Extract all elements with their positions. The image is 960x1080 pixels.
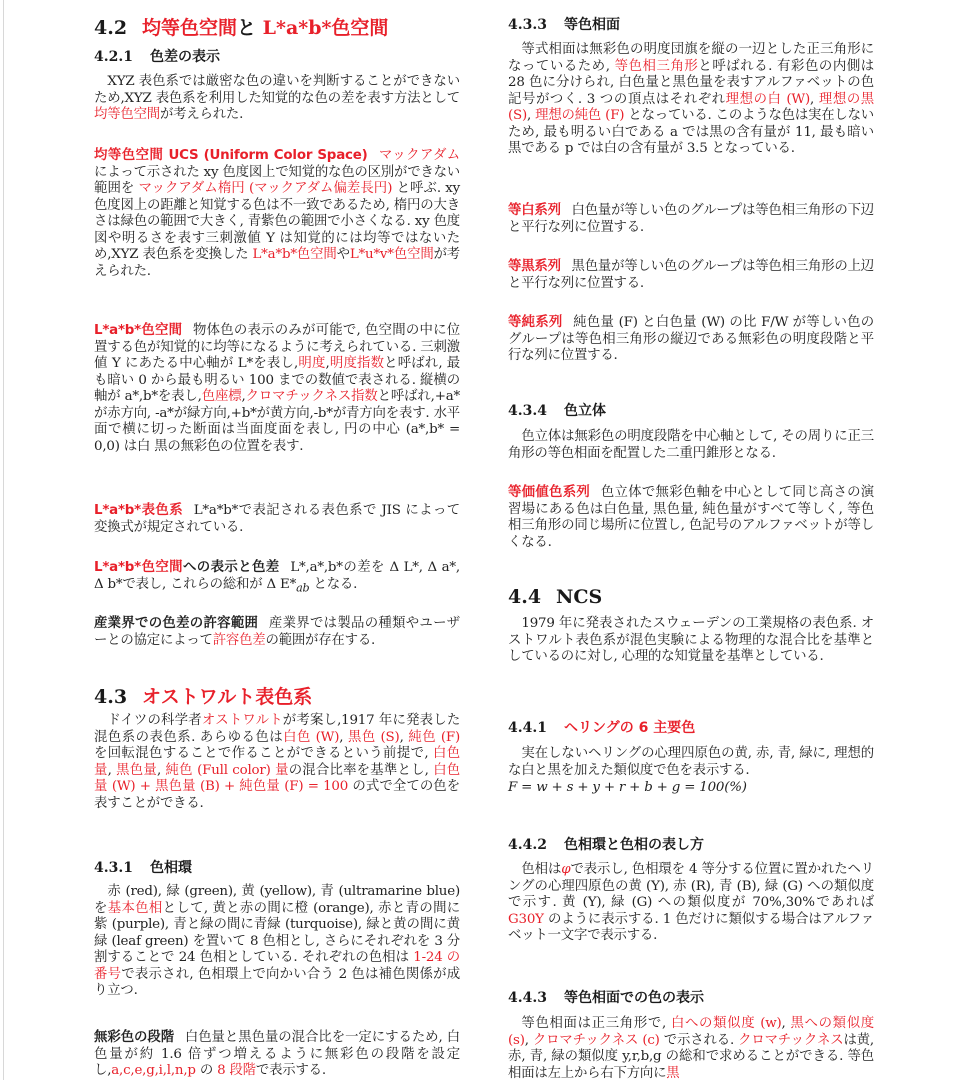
link-equal-hue-triangle[interactable]: 等色相三角形 (615, 59, 699, 74)
paragraph-hue-notation: 色相はφで表示し, 色相環を 4 等分する位置に置かれたヘリングの心理四原色の黄… (508, 862, 874, 945)
term-display-and-difference: への表示と色差 (183, 560, 280, 575)
subsection-number: 4.4.3 (508, 990, 564, 1006)
page-edge-line (3, 0, 4, 1080)
subsection-4-3-1-heading: 4.3.1色相環 (94, 857, 460, 877)
term-tolerance: 産業界での色差の許容範囲 (94, 616, 258, 631)
link-hering-six-colors[interactable]: ヘリングの 6 主要色 (564, 720, 695, 736)
term-achromatic-steps: 無彩色の段階 (94, 1030, 174, 1045)
link-ostwald-system[interactable]: オストワルト表色系 (142, 686, 312, 708)
paragraph-lab-space: L*a*b*色空間物体色の表示のみが可能で, 色空間の中に位置する色が知覚的に均… (94, 323, 460, 455)
paragraph-hue-circle: 赤 (red), 緑 (green), 黄 (yellow), 青 (ultra… (94, 884, 460, 1000)
text: で示される. (660, 1033, 738, 1048)
text: , (527, 108, 535, 123)
link-full-color[interactable]: 純色 (F) (408, 730, 460, 745)
term-isotone: 等黒系列 (508, 259, 561, 274)
text: 色相は (521, 862, 561, 877)
link-lab-color-space[interactable]: L*a*b*色空間 (252, 247, 336, 262)
subsection-number: 4.4.2 (508, 837, 564, 853)
term-lab-space: L*a*b*色空間 (94, 323, 182, 338)
term-isovalent: 等価値色系列 (508, 485, 590, 500)
section-4-3-heading: 4.3オストワルト表色系 (94, 682, 460, 709)
subsection-4-4-1-heading: 4.4.1ヘリングの 6 主要色 (508, 717, 874, 737)
link-ostwald[interactable]: オストワルト (202, 713, 283, 728)
text: 白色量が等しい色のグループは等色相三角形の下辺と平行な列に位置する. (508, 203, 874, 235)
text: となる. (309, 577, 357, 592)
text: の (196, 1063, 217, 1078)
text: 等色相面は正三角形で, (521, 1016, 671, 1031)
text: や (337, 247, 350, 262)
term-isotint: 等白系列 (508, 203, 561, 218)
paragraph-hering: 実在しないヘリングの心理四原色の黄, 赤, 青, 緑に, 理想的な白と黒を加えた… (508, 746, 874, 779)
link-ideal-full-color[interactable]: 理想の純色 (F) (535, 108, 624, 123)
link-lab-color-space[interactable]: L*a*b*色空間 (94, 560, 183, 575)
link-uniform-color-space[interactable]: 均等色空間 (94, 107, 160, 122)
text: , (108, 763, 117, 778)
text: を回転混色することで作ることができるという前提で, (94, 746, 433, 761)
subsection-4-3-3-heading: 4.3.3等色相面 (508, 14, 874, 34)
link-uniform-color-space[interactable]: 均等色空間 (142, 17, 237, 39)
link-color-tolerance[interactable]: 許容色差 (213, 633, 266, 648)
paragraph-isovalent: 等価値色系列色立体で無彩色軸を中心として同じ高さの演習場にある色は白色量, 黒色… (508, 485, 874, 551)
subsection-number: 4.4.1 (508, 720, 564, 736)
paragraph-color-solid: 色立体は無彩色の明度段階を中心軸として, その周りに正三角形の等色相面を配置した… (508, 429, 874, 462)
text: , (525, 1033, 533, 1048)
text: 1979 年に発表されたスウェーデンの工業規格の表色系. オストワルト表色系が混… (508, 616, 874, 664)
subsection-number: 4.3.1 (94, 860, 150, 876)
link-lightness-index[interactable]: 明度指数 (330, 356, 385, 371)
link-step-letters[interactable]: a,c,e,g,i,l,n,p (111, 1063, 196, 1078)
section-number: 4.2 (94, 17, 142, 39)
subsection-title: 等色相面 (564, 17, 620, 33)
section-4-2-heading: 4.2均等色空間と L*a*b*色空間 (94, 13, 460, 40)
link-ideal-white[interactable]: 理想の白 (W) (726, 92, 810, 107)
link-g30y-example[interactable]: G30Y (508, 912, 544, 927)
paragraph-isotint: 等白系列白色量が等しい色のグループは等色相三角形の下辺と平行な列に位置する. (508, 203, 874, 236)
text: 黒色量が等しい色のグループは等色相三角形の上辺と平行な列に位置する. (508, 259, 874, 291)
link-full-color-amount[interactable]: 純色 (Full color) 量 (165, 763, 288, 778)
paragraph-achromatic-steps: 無彩色の段階白色量と黒色量の混合比を一定にするため, 白色量が約 1.6 倍ずつ… (94, 1030, 460, 1080)
subsection-4-3-4-heading: 4.3.4色立体 (508, 400, 874, 420)
term-ucs: 均等色空間 UCS (Uniform Color Space) (94, 148, 368, 163)
link-black-term[interactable]: 黒 (666, 1066, 679, 1080)
paragraph-color-difference: L*a*b*色空間への表示と色差L*,a*,b*の差を Δ L*, Δ a*, … (94, 560, 460, 597)
paragraph-tolerance: 産業界での色差の許容範囲産業界では製品の種類やユーザーとの協定によって許容色差の… (94, 616, 460, 649)
subsection-4-2-1-heading: 4.2.1色差の表示 (94, 46, 460, 66)
link-macadam[interactable]: マックアダム (378, 148, 460, 163)
text: 色立体は無彩色の明度段階を中心軸として, その周りに正三角形の等色相面を配置した… (508, 429, 874, 461)
link-chromaticness-term[interactable]: クロマチックネス (738, 1033, 843, 1048)
link-color-coordinate[interactable]: 色座標 (202, 389, 242, 404)
formula-ncs: F = w + s + y + r + b + g = 100(%) (508, 780, 874, 797)
subsection-4-4-3-heading: 4.4.3等色相面での色の表示 (508, 987, 874, 1007)
text: , (810, 92, 819, 107)
text: の範囲が存在する. (265, 633, 375, 648)
subscript: ab (296, 581, 309, 594)
term-isochrome: 等純系列 (508, 315, 563, 330)
link-whiteness[interactable]: 白への類似度 (w) (671, 1016, 782, 1031)
link-lightness[interactable]: 明度 (298, 356, 325, 371)
subsection-title: 色相環 (150, 860, 192, 876)
subsection-title: 等色相面での色の表示 (564, 990, 704, 1006)
paragraph-ostwald: ドイツの科学者オストワルトが考案し,1917 年に発表した混色系の表色系. あら… (94, 713, 460, 812)
link-black-amount[interactable]: 黒色量 (116, 763, 157, 778)
link-macadam-ellipse[interactable]: マックアダム楕円 (マックアダム偏差長円) (139, 181, 393, 196)
paragraph-ucs: 均等色空間 UCS (Uniform Color Space)マックアダムによっ… (94, 148, 460, 280)
text: , (782, 1016, 791, 1031)
section-number: 4.4 (508, 586, 556, 608)
subsection-title: 色差の表示 (150, 49, 220, 65)
subsection-4-4-2-heading: 4.4.2色相環と色相の表し方 (508, 834, 874, 854)
section-title: NCS (556, 586, 602, 608)
link-chromaticness-index[interactable]: クロマチックネス指数 (246, 389, 378, 404)
subsection-number: 4.3.4 (508, 403, 564, 419)
subsection-title: 色立体 (564, 403, 606, 419)
link-basic-hue[interactable]: 基本色相 (108, 901, 163, 916)
text: が考えられた. (160, 107, 243, 122)
subsection-number: 4.3.3 (508, 17, 564, 33)
paragraph-lab-system: L*a*b*表色系L*a*b*で表記される表色系で JIS によって変換式が規定… (94, 503, 460, 536)
paragraph-isotone: 等黒系列黒色量が等しい色のグループは等色相三角形の上辺と平行な列に位置する. (508, 259, 874, 292)
text: 実在しないヘリングの心理四原色の黄, 赤, 青, 緑に, 理想的な白と黒を加えた… (508, 746, 874, 778)
link-white[interactable]: 白色 (W) (283, 730, 339, 745)
paragraph-isochrome: 等純系列純色量 (F) と白色量 (W) の比 F/W が等しい色のグループは等… (508, 315, 874, 365)
text: の混合比率を基準とし, (289, 763, 434, 778)
subsection-title: 色相環と色相の表し方 (564, 837, 704, 853)
subsection-number: 4.2.1 (94, 49, 150, 65)
paragraph-xyz: XYZ 表色系では厳密な色の違いを判断することができないため,XYZ 表色系を利… (94, 74, 460, 124)
text: で表示する. (256, 1063, 326, 1078)
section-number: 4.3 (94, 686, 142, 708)
link-lab-color-space[interactable]: L*a*b*色空間 (263, 17, 389, 39)
paragraph-equal-hue-plane: 等式相面は無彩色の明度団旗を縦の一辺とした正三角形になっているため, 等色相三角… (508, 42, 874, 158)
link-black[interactable]: 黒色 (S) (348, 730, 400, 745)
text: ドイツの科学者 (107, 713, 201, 728)
term-lab-system: L*a*b*表色系 (94, 503, 183, 518)
paragraph-ncs-plane: 等色相面は正三角形で, 白への類似度 (w), 黒への類似度 (s), クロマチ… (508, 1016, 874, 1080)
text: で表示され, 色相環上で向かい合う 2 色は補色関係が成り立つ. (94, 967, 460, 999)
link-8-steps[interactable]: 8 段階 (217, 1063, 256, 1078)
link-chromaticness[interactable]: クロマチックネス (c) (533, 1033, 660, 1048)
heading-text: と (237, 17, 256, 39)
paragraph-ncs: 1979 年に発表されたスウェーデンの工業規格の表色系. オストワルト表色系が混… (508, 616, 874, 666)
link-luv-color-space[interactable]: L*u*v*色空間 (350, 247, 434, 262)
text: のように表示する. 1 色だけに類似する場合はアルファベット一文字で表示する. (508, 912, 874, 944)
text: , (339, 730, 348, 745)
text: XYZ 表色系では厳密な色の違いを判断することができないため,XYZ 表色系を利… (94, 74, 460, 106)
section-4-4-heading: 4.4NCS (508, 586, 874, 608)
